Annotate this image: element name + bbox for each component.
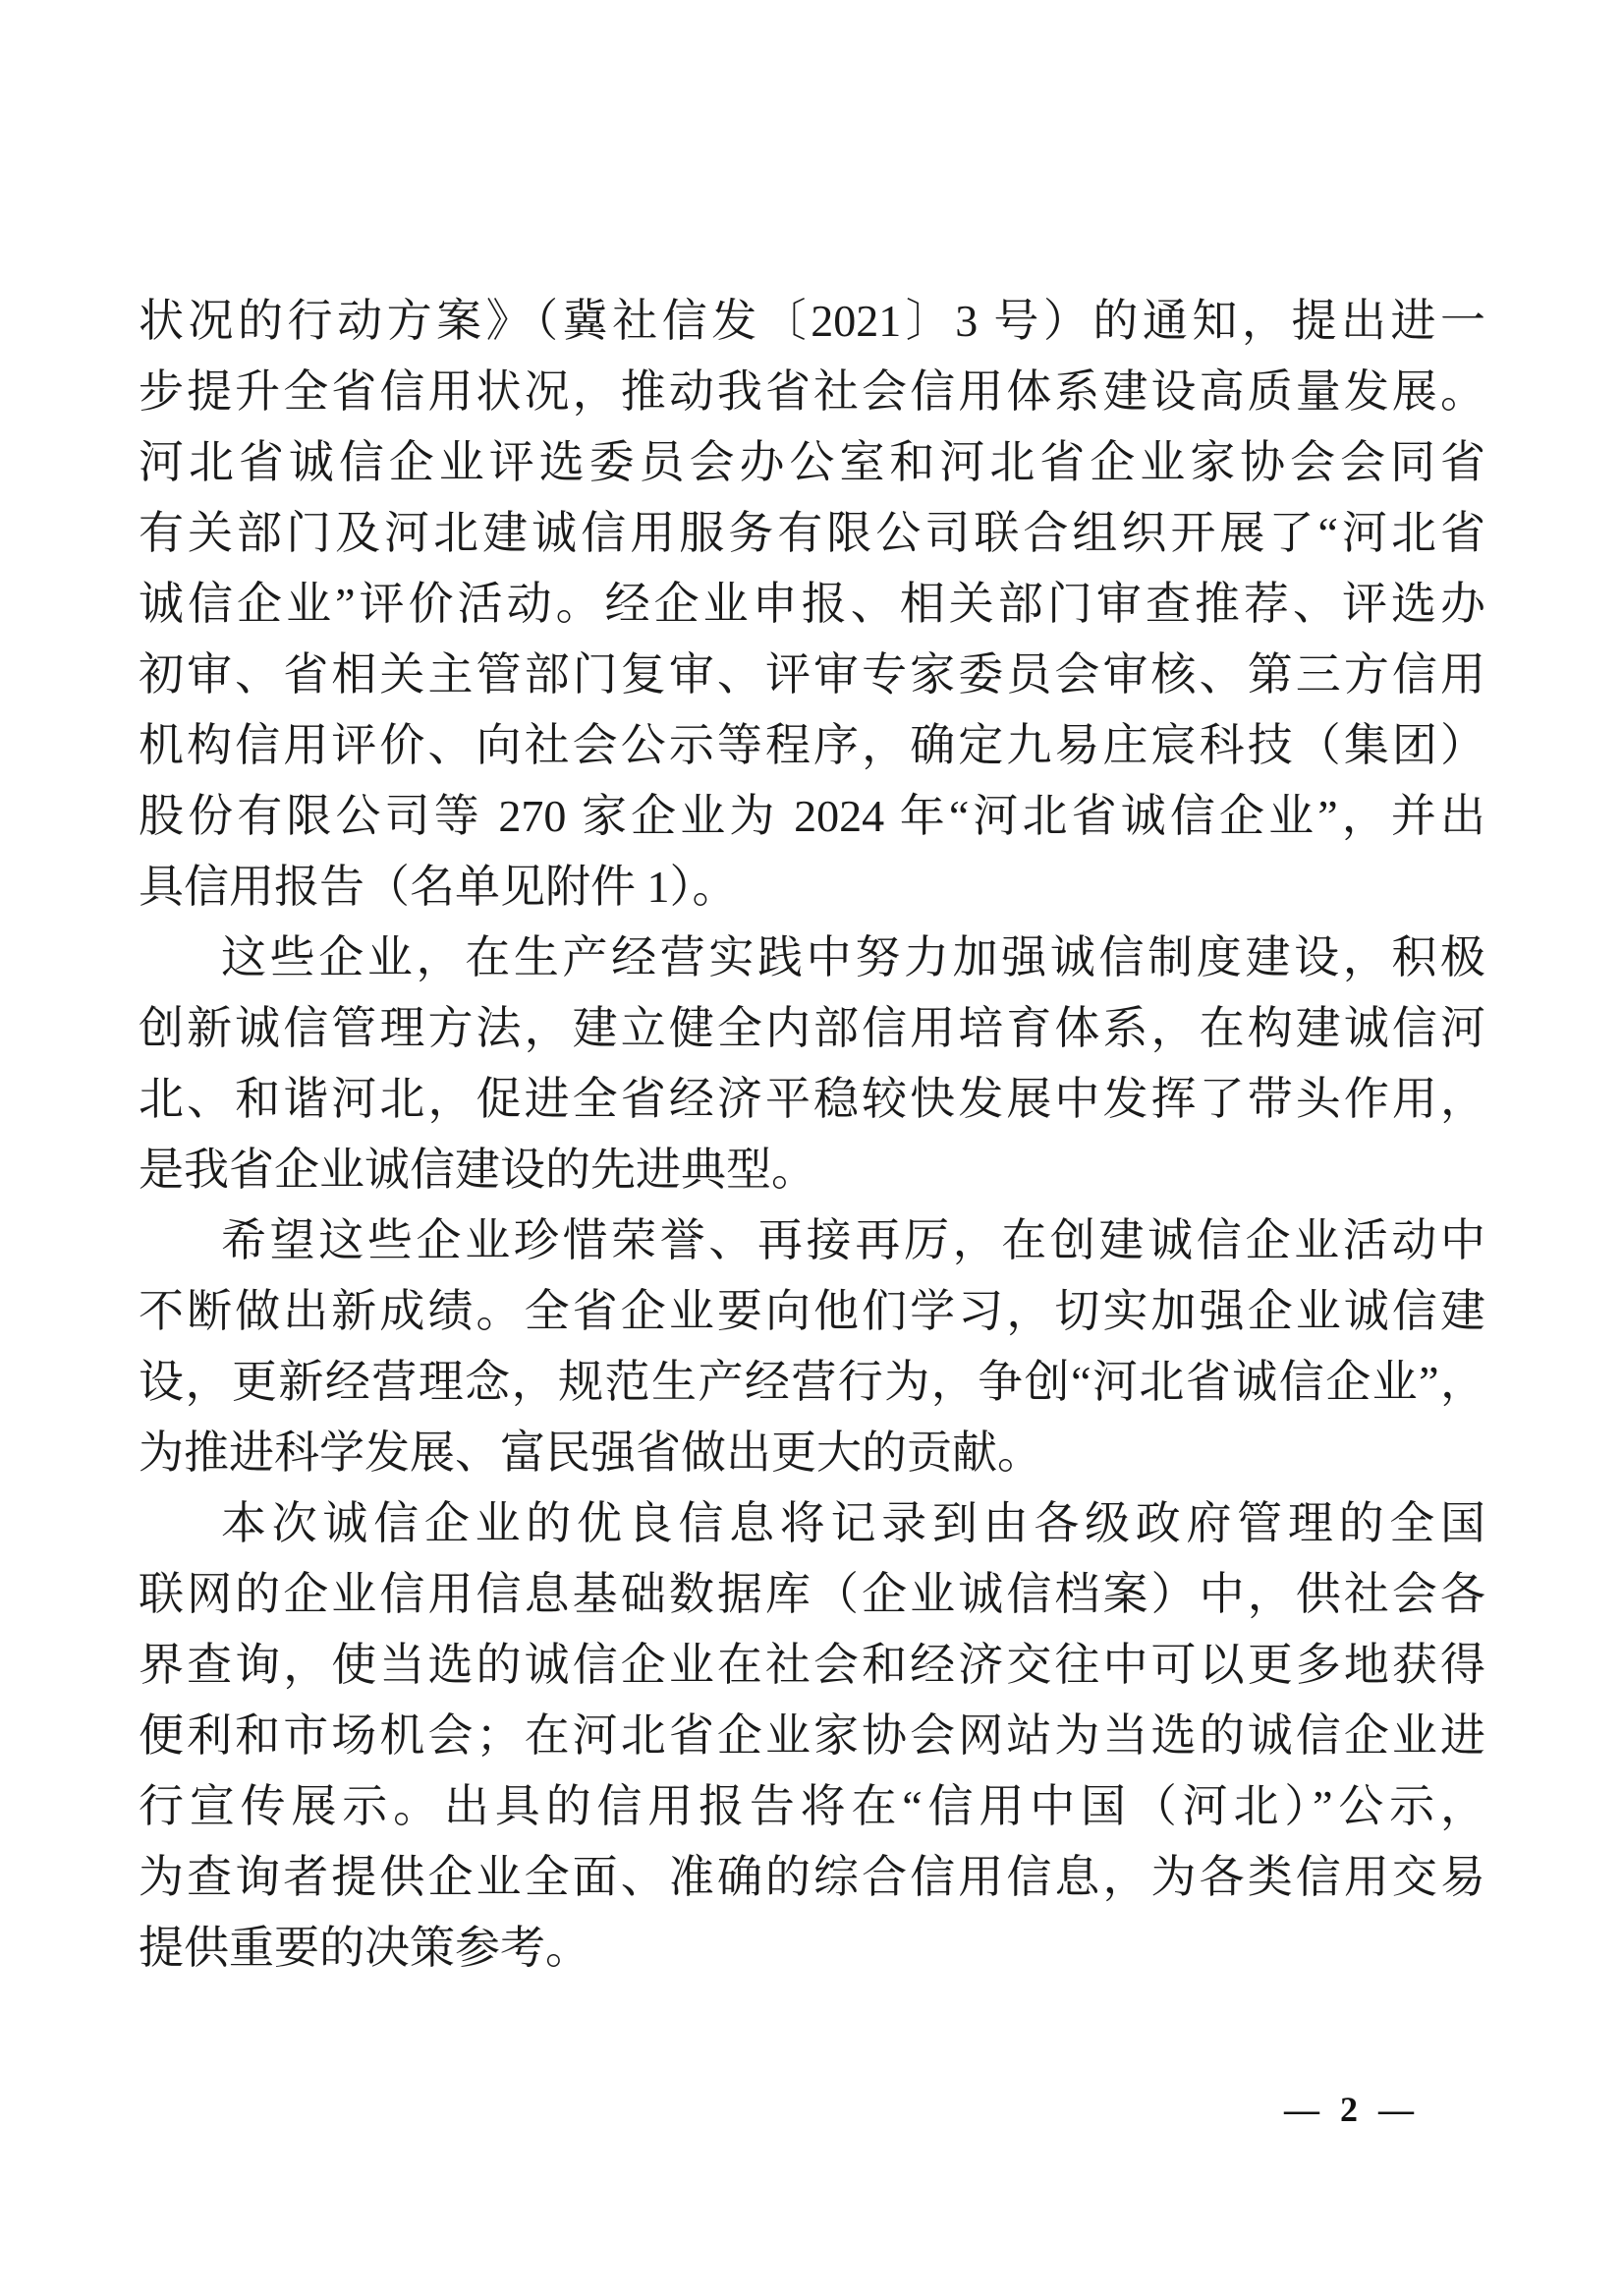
text-line: 北、和谐河北，促进全省经济平稳较快发展中发挥了带头作用， [139,1064,1485,1135]
paragraph: 希望这些企业珍惜荣誉、再接再厉，在创建诚信企业活动中 不断做出新成绩。全省企业要… [139,1205,1485,1488]
text-line: 联网的企业信用信息基础数据库（企业诚信档案）中，供社会各 [139,1559,1485,1630]
text-line: 为推进科学发展、富民强省做出更大的贡献。 [139,1418,1485,1488]
text-line: 步提升全省信用状况，推动我省社会信用体系建设高质量发展。 [139,357,1485,427]
text-line: 有关部门及河北建诚信用服务有限公司联合组织开展了“河北省 [139,498,1485,569]
text-line: 状况的行动方案》（冀社信发〔2021〕3 号）的通知，提出进一 [139,286,1485,357]
paragraph: 本次诚信企业的优良信息将记录到由各级政府管理的全国 联网的企业信用信息基础数据库… [139,1488,1485,1984]
text-line: 行宣传展示。出具的信用报告将在“信用中国（河北）”公示， [139,1771,1485,1842]
text-line: 为查询者提供企业全面、准确的综合信用信息，为各类信用交易 [139,1842,1485,1913]
page-number: — 2 — [1284,2089,1420,2130]
text-line: 创新诚信管理方法，建立健全内部信用培育体系，在构建诚信河 [139,993,1485,1064]
text-line: 希望这些企业珍惜荣誉、再接再厉，在创建诚信企业活动中 [139,1205,1485,1276]
document-page: 状况的行动方案》（冀社信发〔2021〕3 号）的通知，提出进一 步提升全省信用状… [0,0,1623,2296]
text-line: 提供重要的决策参考。 [139,1913,1485,1984]
document-body: 状况的行动方案》（冀社信发〔2021〕3 号）的通知，提出进一 步提升全省信用状… [139,286,1485,1984]
text-line: 机构信用评价、向社会公示等程序，确定九易庄宸科技（集团） [139,710,1485,781]
text-line: 本次诚信企业的优良信息将记录到由各级政府管理的全国 [139,1488,1485,1559]
text-line: 设，更新经营理念，规范生产经营行为，争创“河北省诚信企业”， [139,1347,1485,1418]
paragraph: 这些企业，在生产经营实践中努力加强诚信制度建设，积极 创新诚信管理方法，建立健全… [139,923,1485,1205]
text-line: 初审、省相关主管部门复审、评审专家委员会审核、第三方信用 [139,640,1485,710]
text-line: 股份有限公司等 270 家企业为 2024 年“河北省诚信企业”，并出 [139,781,1485,852]
text-line: 诚信企业”评价活动。经企业申报、相关部门审查推荐、评选办 [139,569,1485,640]
text-line: 具信用报告（名单见附件 1）。 [139,852,1485,923]
paragraph: 状况的行动方案》（冀社信发〔2021〕3 号）的通知，提出进一 步提升全省信用状… [139,286,1485,923]
text-line: 不断做出新成绩。全省企业要向他们学习，切实加强企业诚信建 [139,1276,1485,1347]
text-line: 界查询，使当选的诚信企业在社会和经济交往中可以更多地获得 [139,1630,1485,1701]
text-line: 是我省企业诚信建设的先进典型。 [139,1135,1485,1205]
text-line: 河北省诚信企业评选委员会办公室和河北省企业家协会会同省 [139,427,1485,498]
text-line: 便利和市场机会；在河北省企业家协会网站为当选的诚信企业进 [139,1701,1485,1771]
text-line: 这些企业，在生产经营实践中努力加强诚信制度建设，积极 [139,923,1485,993]
